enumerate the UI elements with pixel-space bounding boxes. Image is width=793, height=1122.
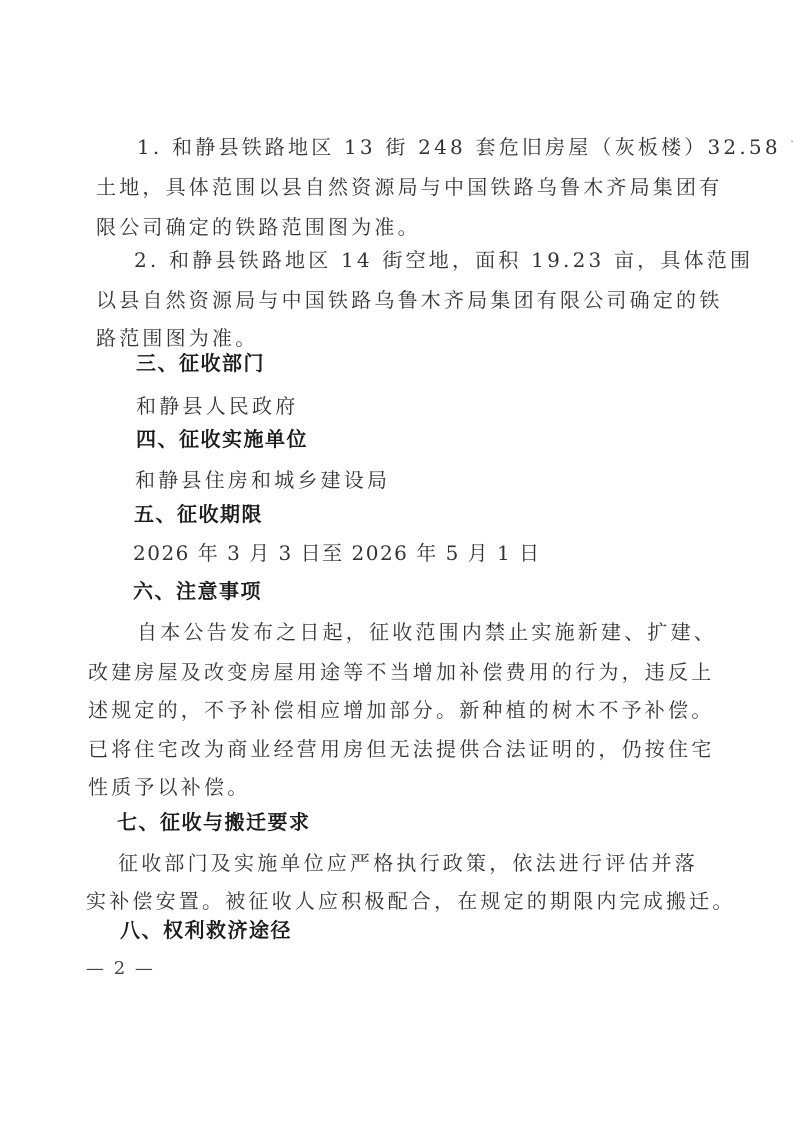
document-page: 1. 和静县铁路地区 13 街 248 套危旧房屋（灰板楼）32.58 亩 土地… bbox=[0, 0, 793, 1122]
section-heading: 七、征收与搬迁要求 bbox=[117, 808, 311, 836]
section-heading: 三、征收部门 bbox=[136, 349, 265, 377]
item-2-line-3: 路范围图为准。 bbox=[96, 324, 258, 352]
section-body: 述规定的，不予补偿相应增加部分。新种植的树木不予补偿。 bbox=[88, 696, 714, 724]
section-body: 征收部门及实施单位应严格执行政策，依法进行评估并落 bbox=[118, 849, 698, 877]
section-body: 和静县人民政府 bbox=[136, 392, 298, 420]
section-heading: 八、权利救济途径 bbox=[120, 916, 292, 944]
item-1-line-3: 限公司确定的铁路范围图为准。 bbox=[96, 213, 421, 241]
item-2-line-2: 以县自然资源局与中国铁路乌鲁木齐局集团有限公司确定的铁 bbox=[96, 286, 722, 314]
item-2-line-1: 2. 和静县铁路地区 14 街空地，面积 19.23 亩，具体范围 bbox=[134, 246, 753, 274]
item-1-line-1: 1. 和静县铁路地区 13 街 248 套危旧房屋（灰板楼）32.58 亩 bbox=[137, 133, 793, 161]
section-body: 改建房屋及改变房屋用途等不当增加补偿费用的行为，违反上 bbox=[88, 658, 714, 686]
section-heading: 四、征收实施单位 bbox=[136, 425, 308, 453]
section-body: 实补偿安置。被征收人应积极配合，在规定的期限内完成搬迁。 bbox=[86, 887, 736, 915]
section-heading: 六、注意事项 bbox=[133, 577, 262, 605]
section-body: 和静县住房和城乡建设局 bbox=[135, 466, 390, 494]
page-number: — 2 — bbox=[86, 958, 155, 979]
section-body: 性质予以补偿。 bbox=[88, 773, 250, 801]
section-heading: 五、征收期限 bbox=[134, 500, 263, 528]
section-body: 自本公告发布之日起，征收范围内禁止实施新建、扩建、 bbox=[137, 618, 717, 646]
section-body: 2026 年 3 月 3 日至 2026 年 5 月 1 日 bbox=[133, 539, 541, 567]
section-body: 已将住宅改为商业经营用房但无法提供合法证明的，仍按住宅 bbox=[88, 735, 714, 763]
item-1-line-2: 土地，具体范围以县自然资源局与中国铁路乌鲁木齐局集团有 bbox=[96, 173, 722, 201]
